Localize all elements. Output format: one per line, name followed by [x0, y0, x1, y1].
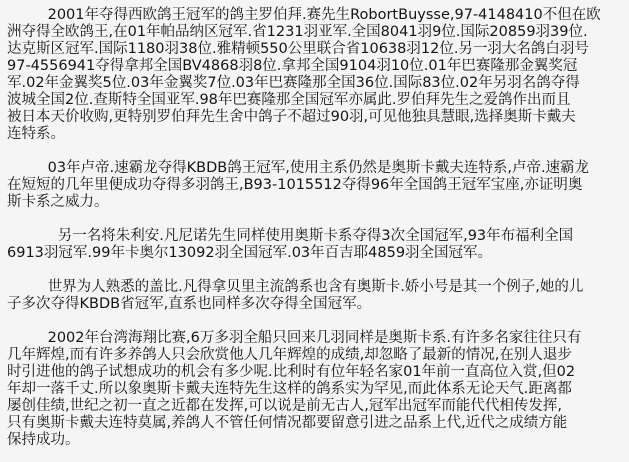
text-line: 世界为人熟悉的盖比.凡得拿贝里主流鸽系也含有奥斯卡.娇小号是其一个例子,她的儿 — [7, 279, 623, 296]
text-line: 03年卢帝.速霸龙夺得KBDB鸽王冠军,使用主系仍然是奥斯卡戴夫连特系,卢帝.速… — [7, 160, 623, 177]
document-body: 2001年夺得西欧鸽王冠军的鸽主罗伯拜.赛先生RobortBuysse,97-4… — [0, 0, 629, 462]
paragraph: 2001年夺得西欧鸽王冠军的鸽主罗伯拜.赛先生RobortBuysse,97-4… — [7, 7, 623, 143]
text-line: 6913羽冠军.99年卡奥尔13092羽全国冠军.03年百吉耶4859羽全国冠军… — [7, 245, 623, 262]
text-line: 达克斯区冠军.国际1180羽38位.雅精顿550公里联合省10638羽12位.另… — [7, 41, 623, 58]
paragraph: 2002年台湾海翔比赛,6万多羽全船只回来几羽同样是奥斯卡系.有许多名家往往只有… — [7, 330, 623, 449]
paragraph: 世界为人熟悉的盖比.凡得拿贝里主流鸽系也含有奥斯卡.娇小号是其一个例子,她的儿 … — [7, 279, 623, 313]
text-line: 被日本天价收购,更特别罗伯拜先生舍中鸽子不超过90羽,可见他独具慧眼,选择奥斯卡… — [7, 109, 623, 126]
text-line: 子多次夺得KBDB省冠军,直系也同样多次夺得全国冠军。 — [7, 296, 623, 313]
text-line: 只有奥斯卡戴夫连特莫属,养鸽人不管任何情况都要留意引进之品系上代,近代之成绩方能 — [7, 415, 623, 432]
text-line: 另一名将朱利安.凡尼诺先生同样使用奥斯卡系夺得3次全国冠军,93年布福利全国 — [7, 228, 623, 245]
text-line: 时引进他的鸽子试想成功的机会有多少呢.比利时有位年轻名家01年前一直高位入赏,但… — [7, 364, 623, 381]
text-line: 洲夺得全欧鸽王,在01年帕品纳区冠军.省1231羽亚军.全国8041羽9位.国际… — [7, 24, 623, 41]
paragraph: 03年卢帝.速霸龙夺得KBDB鸽王冠军,使用主系仍然是奥斯卡戴夫连特系,卢帝.速… — [7, 160, 623, 211]
paragraph: 另一名将朱利安.凡尼诺先生同样使用奥斯卡系夺得3次全国冠军,93年布福利全国 6… — [7, 228, 623, 262]
text-line: 连特系。 — [7, 126, 623, 143]
text-line: 斯卡系之威力。 — [7, 194, 623, 211]
text-line: 2002年台湾海翔比赛,6万多羽全船只回来几羽同样是奥斯卡系.有许多名家往往只有 — [7, 330, 623, 347]
text-line: 年却一落千丈.所以象奥斯卡戴夫连特先生这样的鸽系实为罕见,而此体系无论天气.距离… — [7, 381, 623, 398]
text-line: 保持成功。 — [7, 432, 623, 449]
text-line: 屡创佳绩,世纪之初一直之近都在发挥,可以说是前无古人,冠军出冠军而能代代相传发挥… — [7, 398, 623, 415]
text-line: 波城全国2位.查斯特全国亚军.98年巴赛隆那全国冠军亦属此.罗伯拜先生之爱鸽作出… — [7, 92, 623, 109]
text-line: 2001年夺得西欧鸽王冠军的鸽主罗伯拜.赛先生RobortBuysse,97-4… — [7, 7, 623, 24]
text-line: 几年辉煌,而有许多养鸽人只会欣赏他人几年辉煌的成绩,却忽略了最新的情况,在别人退… — [7, 347, 623, 364]
text-line: 97-4556941夺得拿邦全国BV4868羽8位.拿邦全国9104羽10位.0… — [7, 58, 623, 75]
text-line: 在短短的几年里便成功夺得多羽鸽王,B93-1015512夺得96年全国鸽王冠军宝… — [7, 177, 623, 194]
text-line: 军.02年金翼奖5位.03年金翼奖7位.03年巴赛隆那全国36位.国际83位.0… — [7, 75, 623, 92]
